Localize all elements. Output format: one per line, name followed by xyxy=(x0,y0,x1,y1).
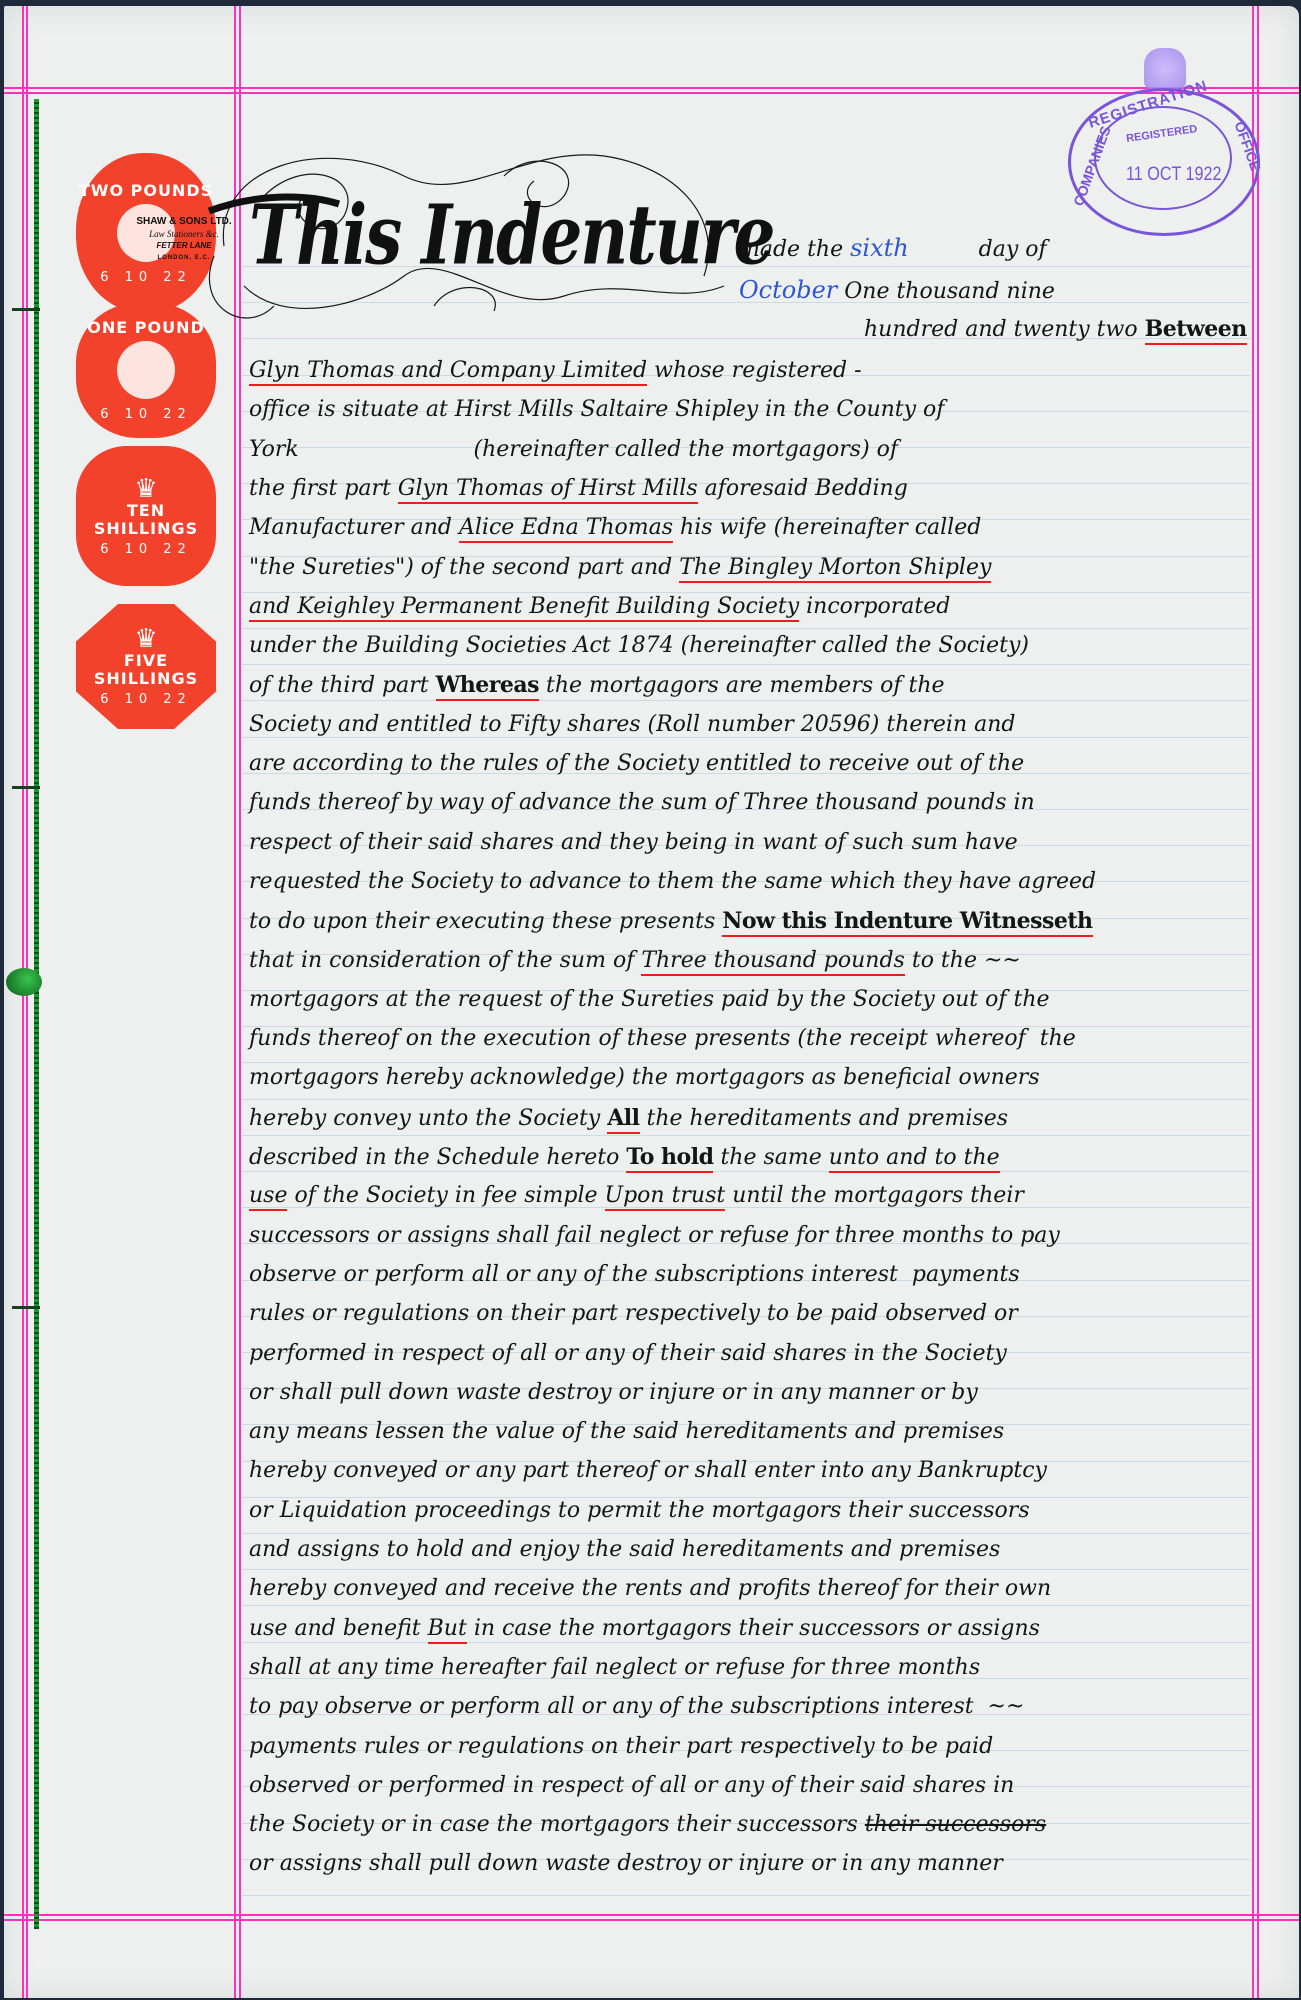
text-segment: in case the mortgagors their successors … xyxy=(467,1616,1040,1641)
deed-text-line: hereby conveyed or any part thereof or s… xyxy=(249,1458,1047,1483)
deed-text-line: use of the Society in fee simple Upon tr… xyxy=(249,1183,1024,1208)
ruled-line xyxy=(242,1895,1251,1896)
deed-text-line: the Society or in case the mortgagors th… xyxy=(249,1812,1046,1837)
deed-text-line: York (hereinafter called the mortgagors)… xyxy=(249,437,898,462)
binding-stitch xyxy=(12,786,40,789)
text-segment: To hold xyxy=(626,1144,713,1173)
text-segment: Between xyxy=(1145,316,1247,345)
text-segment: to do upon their executing these present… xyxy=(249,909,722,934)
deed-text-line: observe or perform all or any of the sub… xyxy=(249,1262,1020,1287)
deed-text-line: shall at any time hereafter fail neglect… xyxy=(249,1655,980,1680)
text-segment: use and benefit xyxy=(249,1616,428,1641)
binding-stitch xyxy=(12,308,40,311)
deed-text-line: Society and entitled to Fifty shares (Ro… xyxy=(249,712,1016,737)
deed-text-line: and Keighley Permanent Benefit Building … xyxy=(249,594,950,619)
text-segment: payments rules or regulations on their p… xyxy=(249,1734,993,1759)
ruled-line xyxy=(242,1099,1251,1100)
text-segment: requested the Society to advance to them… xyxy=(249,869,1096,894)
margin-rule-right xyxy=(1252,6,1254,1998)
deed-text-line: requested the Society to advance to them… xyxy=(249,869,1096,894)
text-segment: Upon trust xyxy=(605,1183,726,1211)
text-segment: sixth xyxy=(850,234,909,262)
text-segment: The Bingley Morton Shipley xyxy=(679,555,991,583)
stamp-label-bottom: SHILLINGS xyxy=(94,670,198,688)
margin-rule-right-2 xyxy=(1257,6,1259,1998)
text-segment: hereby convey unto the Society xyxy=(249,1106,607,1131)
text-segment: Whereas xyxy=(436,672,539,701)
text-segment: hundred and twenty two xyxy=(864,317,1145,342)
text-segment: performed in respect of all or any of th… xyxy=(249,1341,1007,1366)
text-segment: All xyxy=(607,1105,639,1134)
text-segment: made the xyxy=(739,237,850,262)
deed-text-line: under the Building Societies Act 1874 (h… xyxy=(249,633,1029,658)
deed-text-line: to do upon their executing these present… xyxy=(249,908,1093,934)
text-segment: or assigns shall pull down waste destroy… xyxy=(249,1851,1003,1876)
deed-text-line: described in the Schedule hereto To hold… xyxy=(249,1144,1000,1170)
stamp-label: ONE POUND xyxy=(87,319,204,337)
ruled-line xyxy=(242,1062,1251,1063)
deed-text-line: performed in respect of all or any of th… xyxy=(249,1341,1007,1366)
deed-text-line: of the third part Whereas the mortgagors… xyxy=(249,672,945,698)
text-segment: observe or perform all or any of the sub… xyxy=(249,1262,1020,1287)
text-segment: and assigns to hold and enjoy the said h… xyxy=(249,1537,1000,1562)
binding-knot xyxy=(6,968,42,996)
text-segment: Society and entitled to Fifty shares (Ro… xyxy=(249,712,1016,737)
margin-rule-bottom-2 xyxy=(4,1919,1299,1921)
deed-text-line: successors or assigns shall fail neglect… xyxy=(249,1223,1060,1248)
text-segment: that in consideration of the sum of xyxy=(249,948,641,973)
deed-text-line: or assigns shall pull down waste destroy… xyxy=(249,1851,1003,1876)
ruled-line xyxy=(242,1533,1251,1534)
crown-icon: ♛ xyxy=(134,476,157,502)
crown-icon: ♛ xyxy=(134,626,157,652)
text-segment: the same xyxy=(713,1145,828,1170)
deed-text-line: hundred and twenty two Between xyxy=(864,316,1247,342)
text-segment: incorporated xyxy=(799,594,950,619)
deed-text-line: October One thousand nine xyxy=(739,276,1055,304)
deed-text-line: hereby conveyed and receive the rents an… xyxy=(249,1576,1051,1601)
stamp-date: 11 OCT 1922 xyxy=(1126,164,1221,186)
deed-text-line: mortgagors at the request of the Suretie… xyxy=(249,987,1050,1012)
text-segment: are according to the rules of the Societ… xyxy=(249,751,1024,776)
revenue-stamp-five-shillings: ♛ FIVE SHILLINGS 6 10 22 xyxy=(76,604,216,729)
companies-registration-stamp: REGISTRATION COMPANIES OFFICE REGISTERED… xyxy=(1064,48,1264,238)
deed-text-line: are according to the rules of the Societ… xyxy=(249,751,1024,776)
deed-text-line: the first part Glyn Thomas of Hirst Mill… xyxy=(249,476,908,501)
text-segment: funds thereof on the execution of these … xyxy=(249,1026,1076,1051)
text-segment: or Liquidation proceedings to permit the… xyxy=(249,1498,1030,1523)
binding-stitch xyxy=(12,1306,40,1309)
britannia-head-icon xyxy=(117,341,175,399)
ruled-line xyxy=(242,737,1251,738)
text-segment: their successors xyxy=(865,1812,1046,1837)
text-segment: the Society or in case the mortgagors th… xyxy=(249,1812,865,1837)
text-segment: hereby conveyed or any part thereof or s… xyxy=(249,1458,1047,1483)
text-segment: funds thereof by way of advance the sum … xyxy=(249,790,1035,815)
deed-text-line: or shall pull down waste destroy or inju… xyxy=(249,1380,978,1405)
text-segment: until the mortgagors their xyxy=(725,1183,1024,1208)
margin-rule-left-outer xyxy=(22,6,24,1998)
ruled-line xyxy=(242,1569,1251,1570)
text-segment: day of xyxy=(909,237,1047,262)
text-segment: his wife (hereinafter called xyxy=(673,515,981,540)
deed-text-line: that in consideration of the sum of Thre… xyxy=(249,948,1021,973)
deed-text-line: mortgagors hereby acknowledge) the mortg… xyxy=(249,1065,1040,1090)
revenue-stamp-ten-shillings: ♛ TEN SHILLINGS 6 10 22 xyxy=(76,446,216,586)
text-segment: Glyn Thomas of Hirst Mills xyxy=(398,476,698,504)
text-segment: under the Building Societies Act 1874 (h… xyxy=(249,633,1029,658)
deed-title: This Indenture xyxy=(249,186,774,284)
stamp-date: 6 10 22 xyxy=(100,407,192,422)
text-segment: the mortgagors are members of the xyxy=(539,673,945,698)
text-segment: office is situate at Hirst Mills Saltair… xyxy=(249,397,944,422)
margin-rule-bottom xyxy=(4,1914,1299,1916)
stamp-label-bottom: SHILLINGS xyxy=(94,520,198,538)
ruled-line xyxy=(242,1642,1251,1643)
deed-text-line: made the sixth day of xyxy=(739,234,1047,262)
text-segment: Three thousand pounds xyxy=(641,948,905,976)
text-segment: rules or regulations on their part respe… xyxy=(249,1301,1018,1326)
crown-icon xyxy=(1144,48,1186,90)
stamp-date: 6 10 22 xyxy=(100,692,192,707)
deed-text-line: hereby convey unto the Society All the h… xyxy=(249,1105,1008,1131)
deed-text-line: any means lessen the value of the said h… xyxy=(249,1419,1004,1444)
text-segment: Now this Indenture Witnesseth xyxy=(722,908,1092,937)
text-segment: to pay observe or perform all or any of … xyxy=(249,1694,1024,1719)
deed-text-line: funds thereof on the execution of these … xyxy=(249,1026,1076,1051)
text-segment: of the Society in fee simple xyxy=(287,1183,604,1208)
text-segment: the hereditaments and premises xyxy=(640,1106,1008,1131)
text-segment: Manufacturer and xyxy=(249,515,459,540)
text-segment: aforesaid Bedding xyxy=(698,476,908,501)
text-segment: But xyxy=(428,1616,467,1644)
text-segment: whose registered - xyxy=(647,358,861,383)
text-segment: to the ~~ xyxy=(905,948,1021,973)
deed-text-line: Glyn Thomas and Company Limited whose re… xyxy=(249,358,862,383)
text-segment: One thousand nine xyxy=(837,279,1055,304)
ruled-line xyxy=(242,700,1251,701)
text-segment: use xyxy=(249,1183,287,1211)
deed-text-line: to pay observe or perform all or any of … xyxy=(249,1694,1024,1719)
text-segment: York (hereinafter called the mortgagors)… xyxy=(249,437,898,462)
text-segment: the first part xyxy=(249,476,398,501)
text-segment: any means lessen the value of the said h… xyxy=(249,1419,1004,1444)
stamp-label: TWO POUNDS xyxy=(79,182,213,200)
text-segment: shall at any time hereafter fail neglect… xyxy=(249,1655,980,1680)
text-segment: "the Sureties") of the second part and xyxy=(249,555,679,580)
deed-page: TWO POUNDS 6 10 22 ONE POUND 6 10 22 ♛ T… xyxy=(4,6,1299,1998)
stamp-label-top: TEN xyxy=(127,502,165,520)
deed-text-line: Manufacturer and Alice Edna Thomas his w… xyxy=(249,515,981,540)
text-segment: of the third part xyxy=(249,673,436,698)
ruled-line xyxy=(242,1135,1251,1136)
deed-text-line: or Liquidation proceedings to permit the… xyxy=(249,1498,1030,1523)
stamp-date: 6 10 22 xyxy=(100,542,192,557)
stamp-label-top: FIVE xyxy=(124,652,168,670)
ruled-line xyxy=(242,1605,1251,1606)
green-binding-cord xyxy=(34,99,39,1929)
deed-text-line: payments rules or regulations on their p… xyxy=(249,1734,993,1759)
deed-text-line: and assigns to hold and enjoy the said h… xyxy=(249,1537,1000,1562)
revenue-stamp-one-pound: ONE POUND 6 10 22 xyxy=(76,303,216,438)
ruled-line xyxy=(242,664,1251,665)
deed-text-line: "the Sureties") of the second part and T… xyxy=(249,555,991,580)
text-segment: Alice Edna Thomas xyxy=(459,515,673,543)
text-segment: or shall pull down waste destroy or inju… xyxy=(249,1380,978,1405)
deed-text-line: observed or performed in respect of all … xyxy=(249,1773,1014,1798)
text-segment: Glyn Thomas and Company Limited xyxy=(249,358,647,386)
deed-text-line: rules or regulations on their part respe… xyxy=(249,1301,1018,1326)
text-segment: respect of their said shares and they be… xyxy=(249,830,1018,855)
text-segment: October xyxy=(739,276,837,304)
text-segment: mortgagors hereby acknowledge) the mortg… xyxy=(249,1065,1040,1090)
text-segment: described in the Schedule hereto xyxy=(249,1145,626,1170)
text-segment: mortgagors at the request of the Suretie… xyxy=(249,987,1050,1012)
text-segment: hereby conveyed and receive the rents an… xyxy=(249,1576,1051,1601)
deed-text-line: use and benefit But in case the mortgago… xyxy=(249,1616,1040,1641)
text-segment: unto and to the xyxy=(829,1145,1000,1173)
margin-rule-left-outer-2 xyxy=(26,6,28,1998)
text-segment: observed or performed in respect of all … xyxy=(249,1773,1014,1798)
ruled-line xyxy=(242,628,1251,629)
stamp-date: 6 10 22 xyxy=(100,270,192,285)
text-segment: and Keighley Permanent Benefit Building … xyxy=(249,594,799,622)
deed-text-line: funds thereof by way of advance the sum … xyxy=(249,790,1035,815)
ruled-line xyxy=(242,592,1251,593)
deed-text-line: office is situate at Hirst Mills Saltair… xyxy=(249,397,944,422)
ruled-line xyxy=(242,1171,1251,1172)
text-segment: successors or assigns shall fail neglect… xyxy=(249,1223,1060,1248)
deed-text-line: respect of their said shares and they be… xyxy=(249,830,1018,855)
